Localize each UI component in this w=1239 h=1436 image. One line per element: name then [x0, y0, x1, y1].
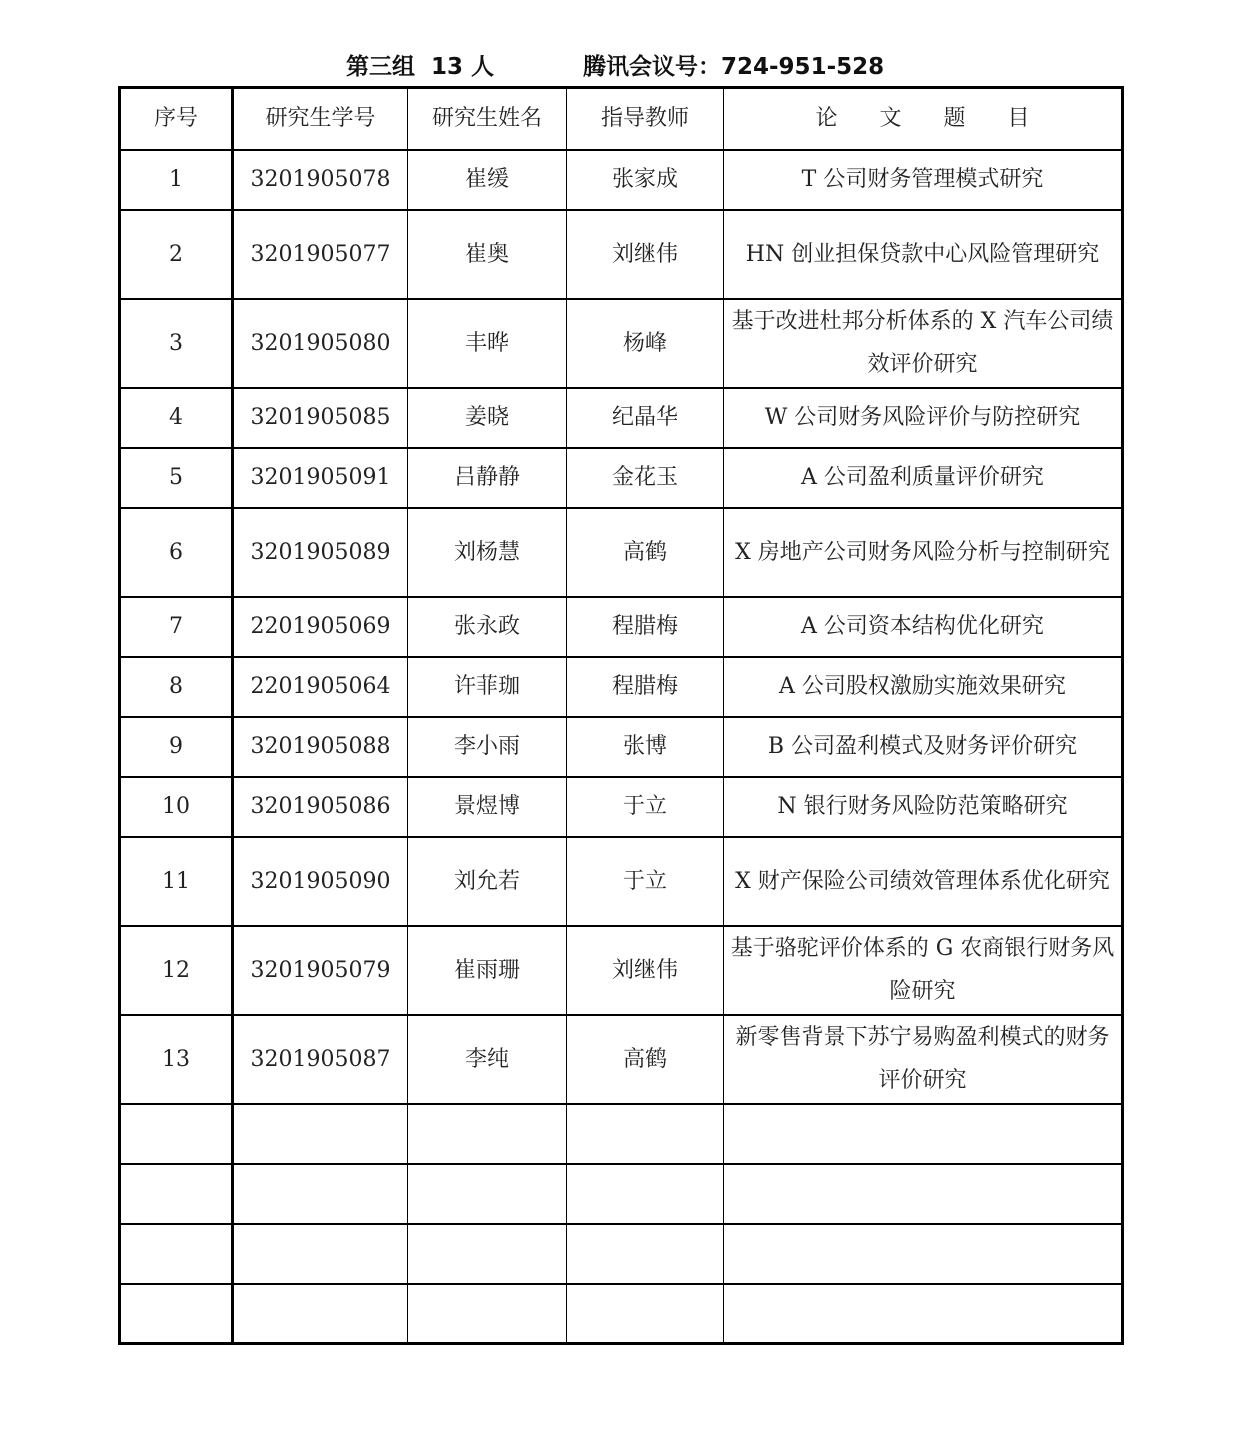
cell-advisor: 张博	[567, 717, 724, 777]
column-header-thesis-title: 论 文 题 目	[724, 88, 1123, 150]
cell-thesis-title: W 公司财务风险评价与防控研究	[724, 388, 1123, 448]
table-row: 1 3201905078 崔缓 张家成 T 公司财务管理模式研究	[120, 150, 1123, 210]
cell-thesis-title	[724, 1164, 1123, 1224]
cell-thesis-title: N 银行财务风险防范策略研究	[724, 777, 1123, 837]
table-row: 2 3201905077 崔奥 刘继伟 HN 创业担保贷款中心风险管理研究	[120, 210, 1123, 299]
cell-thesis-title	[724, 1104, 1123, 1164]
cell-student-name	[408, 1164, 567, 1224]
table-row: 7 2201905069 张永政 程腊梅 A 公司资本结构优化研究	[120, 597, 1123, 657]
cell-student-id: 3201905087	[233, 1015, 408, 1104]
cell-no	[120, 1164, 233, 1224]
column-header-advisor: 指导教师	[567, 88, 724, 150]
cell-no	[120, 1284, 233, 1344]
cell-student-id: 3201905089	[233, 508, 408, 597]
cell-no: 9	[120, 717, 233, 777]
cell-no: 11	[120, 837, 233, 926]
cell-advisor: 程腊梅	[567, 597, 724, 657]
cell-thesis-title	[724, 1284, 1123, 1344]
cell-no: 7	[120, 597, 233, 657]
cell-advisor: 高鹤	[567, 1015, 724, 1104]
cell-student-id: 3201905078	[233, 150, 408, 210]
cell-student-id: 3201905085	[233, 388, 408, 448]
cell-thesis-title: A 公司股权激励实施效果研究	[724, 657, 1123, 717]
cell-no: 4	[120, 388, 233, 448]
cell-thesis-title: A 公司盈利质量评价研究	[724, 448, 1123, 508]
cell-thesis-title: HN 创业担保贷款中心风险管理研究	[724, 210, 1123, 299]
cell-no: 1	[120, 150, 233, 210]
cell-student-id	[233, 1224, 408, 1284]
cell-no	[120, 1224, 233, 1284]
cell-student-name: 吕静静	[408, 448, 567, 508]
cell-thesis-title	[724, 1224, 1123, 1284]
cell-thesis-title: 新零售背景下苏宁易购盈利模式的财务评价研究	[724, 1015, 1123, 1104]
group-label: 第三组 13 人	[346, 48, 494, 81]
cell-advisor	[567, 1104, 724, 1164]
cell-student-name: 崔雨珊	[408, 926, 567, 1015]
cell-thesis-title: A 公司资本结构优化研究	[724, 597, 1123, 657]
cell-student-id: 3201905079	[233, 926, 408, 1015]
cell-advisor: 程腊梅	[567, 657, 724, 717]
cell-no: 3	[120, 299, 233, 388]
cell-advisor: 刘继伟	[567, 210, 724, 299]
cell-advisor: 刘继伟	[567, 926, 724, 1015]
cell-advisor: 高鹤	[567, 508, 724, 597]
cell-student-id: 3201905090	[233, 837, 408, 926]
table-row: 10 3201905086 景煜博 于立 N 银行财务风险防范策略研究	[120, 777, 1123, 837]
column-header-no: 序号	[120, 88, 233, 150]
cell-student-id: 3201905088	[233, 717, 408, 777]
table-row: 6 3201905089 刘杨慧 高鹤 X 房地产公司财务风险分析与控制研究	[120, 508, 1123, 597]
cell-student-name: 丰晔	[408, 299, 567, 388]
cell-student-id: 3201905077	[233, 210, 408, 299]
cell-student-id: 3201905086	[233, 777, 408, 837]
cell-thesis-title: 基于骆驼评价体系的 G 农商银行财务风险研究	[724, 926, 1123, 1015]
cell-advisor	[567, 1164, 724, 1224]
cell-student-name	[408, 1224, 567, 1284]
cell-student-id: 2201905064	[233, 657, 408, 717]
cell-student-name: 姜晓	[408, 388, 567, 448]
cell-student-id	[233, 1284, 408, 1344]
cell-advisor: 杨峰	[567, 299, 724, 388]
cell-advisor	[567, 1284, 724, 1344]
column-header-student-name: 研究生姓名	[408, 88, 567, 150]
cell-no: 12	[120, 926, 233, 1015]
column-header-student-id: 研究生学号	[233, 88, 408, 150]
cell-student-id	[233, 1164, 408, 1224]
cell-student-name	[408, 1104, 567, 1164]
cell-advisor: 于立	[567, 837, 724, 926]
table-row: 4 3201905085 姜晓 纪晶华 W 公司财务风险评价与防控研究	[120, 388, 1123, 448]
cell-no: 2	[120, 210, 233, 299]
cell-student-id	[233, 1104, 408, 1164]
cell-student-name: 崔缓	[408, 150, 567, 210]
cell-thesis-title: X 财产保险公司绩效管理体系优化研究	[724, 837, 1123, 926]
cell-no: 8	[120, 657, 233, 717]
cell-student-name: 刘杨慧	[408, 508, 567, 597]
cell-student-name: 崔奥	[408, 210, 567, 299]
table-row: 13 3201905087 李纯 高鹤 新零售背景下苏宁易购盈利模式的财务评价研…	[120, 1015, 1123, 1104]
table-row: 3 3201905080 丰晔 杨峰 基于改进杜邦分析体系的 X 汽车公司绩效评…	[120, 299, 1123, 388]
empty-table-row	[120, 1104, 1123, 1164]
cell-no: 13	[120, 1015, 233, 1104]
cell-student-name: 许菲珈	[408, 657, 567, 717]
table-header-row: 序号 研究生学号 研究生姓名 指导教师 论 文 题 目	[120, 88, 1123, 150]
cell-student-name: 刘允若	[408, 837, 567, 926]
document-heading: 第三组 13 人 腾讯会议号：724-951-528	[0, 46, 1239, 82]
cell-thesis-title: B 公司盈利模式及财务评价研究	[724, 717, 1123, 777]
cell-student-id: 3201905091	[233, 448, 408, 508]
cell-thesis-title: T 公司财务管理模式研究	[724, 150, 1123, 210]
table-row: 12 3201905079 崔雨珊 刘继伟 基于骆驼评价体系的 G 农商银行财务…	[120, 926, 1123, 1015]
cell-student-name: 李小雨	[408, 717, 567, 777]
cell-advisor: 于立	[567, 777, 724, 837]
cell-advisor	[567, 1224, 724, 1284]
cell-no: 6	[120, 508, 233, 597]
cell-student-name: 李纯	[408, 1015, 567, 1104]
cell-advisor: 金花玉	[567, 448, 724, 508]
cell-advisor: 纪晶华	[567, 388, 724, 448]
cell-student-name: 景煜博	[408, 777, 567, 837]
cell-student-id: 3201905080	[233, 299, 408, 388]
empty-table-row	[120, 1284, 1123, 1344]
table-row: 9 3201905088 李小雨 张博 B 公司盈利模式及财务评价研究	[120, 717, 1123, 777]
cell-thesis-title: X 房地产公司财务风险分析与控制研究	[724, 508, 1123, 597]
cell-thesis-title: 基于改进杜邦分析体系的 X 汽车公司绩效评价研究	[724, 299, 1123, 388]
table-row: 5 3201905091 吕静静 金花玉 A 公司盈利质量评价研究	[120, 448, 1123, 508]
cell-no: 5	[120, 448, 233, 508]
meeting-id-label: 腾讯会议号：724-951-528	[583, 48, 884, 81]
cell-advisor: 张家成	[567, 150, 724, 210]
cell-student-name: 张永政	[408, 597, 567, 657]
table-row: 11 3201905090 刘允若 于立 X 财产保险公司绩效管理体系优化研究	[120, 837, 1123, 926]
student-roster-table: 序号 研究生学号 研究生姓名 指导教师 论 文 题 目 1 3201905078…	[118, 86, 1124, 1345]
cell-no	[120, 1104, 233, 1164]
table-row: 8 2201905064 许菲珈 程腊梅 A 公司股权激励实施效果研究	[120, 657, 1123, 717]
empty-table-row	[120, 1164, 1123, 1224]
cell-no: 10	[120, 777, 233, 837]
empty-table-row	[120, 1224, 1123, 1284]
cell-student-id: 2201905069	[233, 597, 408, 657]
cell-student-name	[408, 1284, 567, 1344]
